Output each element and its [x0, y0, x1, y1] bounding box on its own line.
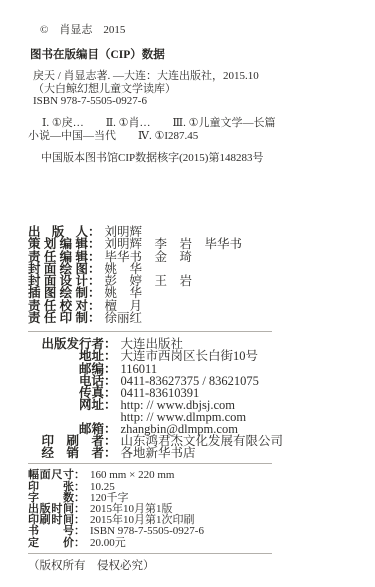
spec-label: 书号: [28, 526, 74, 537]
classification-line-1: Ⅰ. ①戾… Ⅱ. ①肖… Ⅲ. ①儿童文学—长篇: [28, 117, 375, 130]
credit-value: 姚 华: [105, 287, 143, 299]
cip-title-line: 戾天 / 肖显志著. —大连：大连出版社，2015.10: [33, 70, 375, 83]
divider-2: [28, 463, 272, 464]
colon: ：: [88, 312, 101, 324]
colon: ：: [88, 287, 101, 299]
publisher-value: 各地新华书店: [121, 447, 196, 459]
credit-value: 徐丽红: [105, 312, 143, 324]
publisher-row-postcode: 邮编： 116011: [28, 363, 375, 375]
credit-label: 责任印制: [28, 312, 88, 324]
spec-label: 定价: [28, 538, 74, 549]
publisher-label: 网址: [28, 399, 104, 411]
cip-series-line: （大白鲸幻想儿童文学读库）: [33, 83, 375, 96]
classification-line-2: 小说—中国—当代 Ⅳ. ①I287.45: [28, 130, 375, 143]
colon: ：: [104, 363, 117, 375]
colon: ：: [74, 538, 85, 549]
spec-row-book-number: 书号： ISBN 978-7-5505-0927-6: [28, 526, 375, 537]
credit-label: 策划编辑: [28, 238, 88, 250]
colon: ：: [104, 447, 117, 459]
cip-heading: 图书在版编目（CIP）数据: [30, 49, 375, 61]
credit-value: 刘明辉 李 岩 毕华书: [105, 238, 243, 250]
publisher-value: 116011: [121, 363, 158, 375]
publisher-label: 邮编: [28, 363, 104, 375]
publisher-value: 0411-83627375 / 83621075: [121, 375, 259, 387]
colon: ：: [104, 350, 117, 362]
colon: ：: [74, 470, 85, 481]
credits-block: 出版人： 刘明辉 策划编辑： 刘明辉 李 岩 毕华书 责任编辑： 毕华书 金 琦…: [28, 226, 375, 324]
credit-row-print-supervisor: 责任印制： 徐丽红: [28, 312, 375, 324]
spec-value: 160 mm × 220 mm: [90, 470, 174, 481]
cip-classification-block: Ⅰ. ①戾… Ⅱ. ①肖… Ⅲ. ①儿童文学—长篇 小说—中国—当代 Ⅳ. ①I…: [28, 117, 375, 143]
publisher-value: 大连市西岗区长白街10号: [121, 350, 259, 362]
copyright-line: © 肖显志 2015: [40, 24, 375, 36]
spec-row-format-size: 幅面尺寸： 160 mm × 220 mm: [28, 470, 375, 481]
book-copyright-page: © 肖显志 2015 图书在版编目（CIP）数据 戾天 / 肖显志著. —大连：…: [0, 0, 375, 587]
spec-row-price: 定价： 20.00元: [28, 538, 375, 549]
publisher-label: 经 销 者: [28, 447, 104, 459]
publisher-row-distributor: 经 销 者： 各地新华书店: [28, 447, 375, 459]
publisher-row-website: 网址： http: // www.dbjsj.com http: // www.…: [28, 399, 375, 423]
cip-isbn-line: ISBN 978-7-5505-0927-6: [33, 95, 375, 108]
specs-block: 幅面尺寸： 160 mm × 220 mm 印张： 10.25 字数： 120千…: [28, 470, 375, 548]
publisher-row-phone: 电话： 0411-83627375 / 83621075: [28, 375, 375, 387]
colon: ：: [74, 526, 85, 537]
publisher-row-address: 地址： 大连市西岗区长白街10号: [28, 350, 375, 362]
spec-label: 幅面尺寸: [28, 470, 74, 481]
colon: ：: [88, 238, 101, 250]
colon: ：: [104, 399, 117, 411]
publisher-value: http: // www.dbjsj.com http: // www.dlmp…: [121, 399, 247, 423]
divider-1: [28, 331, 272, 332]
divider-3: [28, 553, 272, 554]
credit-row-planning-editor: 策划编辑： 刘明辉 李 岩 毕华书: [28, 238, 375, 250]
spec-value: 20.00元: [90, 538, 126, 549]
rights-notice: （版权所有 侵权必究）: [28, 560, 375, 572]
cip-record-number: 中国版本图书馆CIP数据核字(2015)第148283号: [41, 152, 375, 165]
credit-label: 插图绘制: [28, 287, 88, 299]
credit-row-interior-illustration: 插图绘制： 姚 华: [28, 287, 375, 299]
cip-description-block: 戾天 / 肖显志著. —大连：大连出版社，2015.10 （大白鲸幻想儿童文学读…: [33, 70, 375, 108]
publisher-block: 出版发行者： 大连出版社 地址： 大连市西岗区长白街10号 邮编： 116011…: [28, 338, 375, 459]
colon: ：: [104, 375, 117, 387]
spec-value: ISBN 978-7-5505-0927-6: [90, 526, 204, 537]
publisher-label: 电话: [28, 375, 104, 387]
publisher-label: 地址: [28, 350, 104, 362]
